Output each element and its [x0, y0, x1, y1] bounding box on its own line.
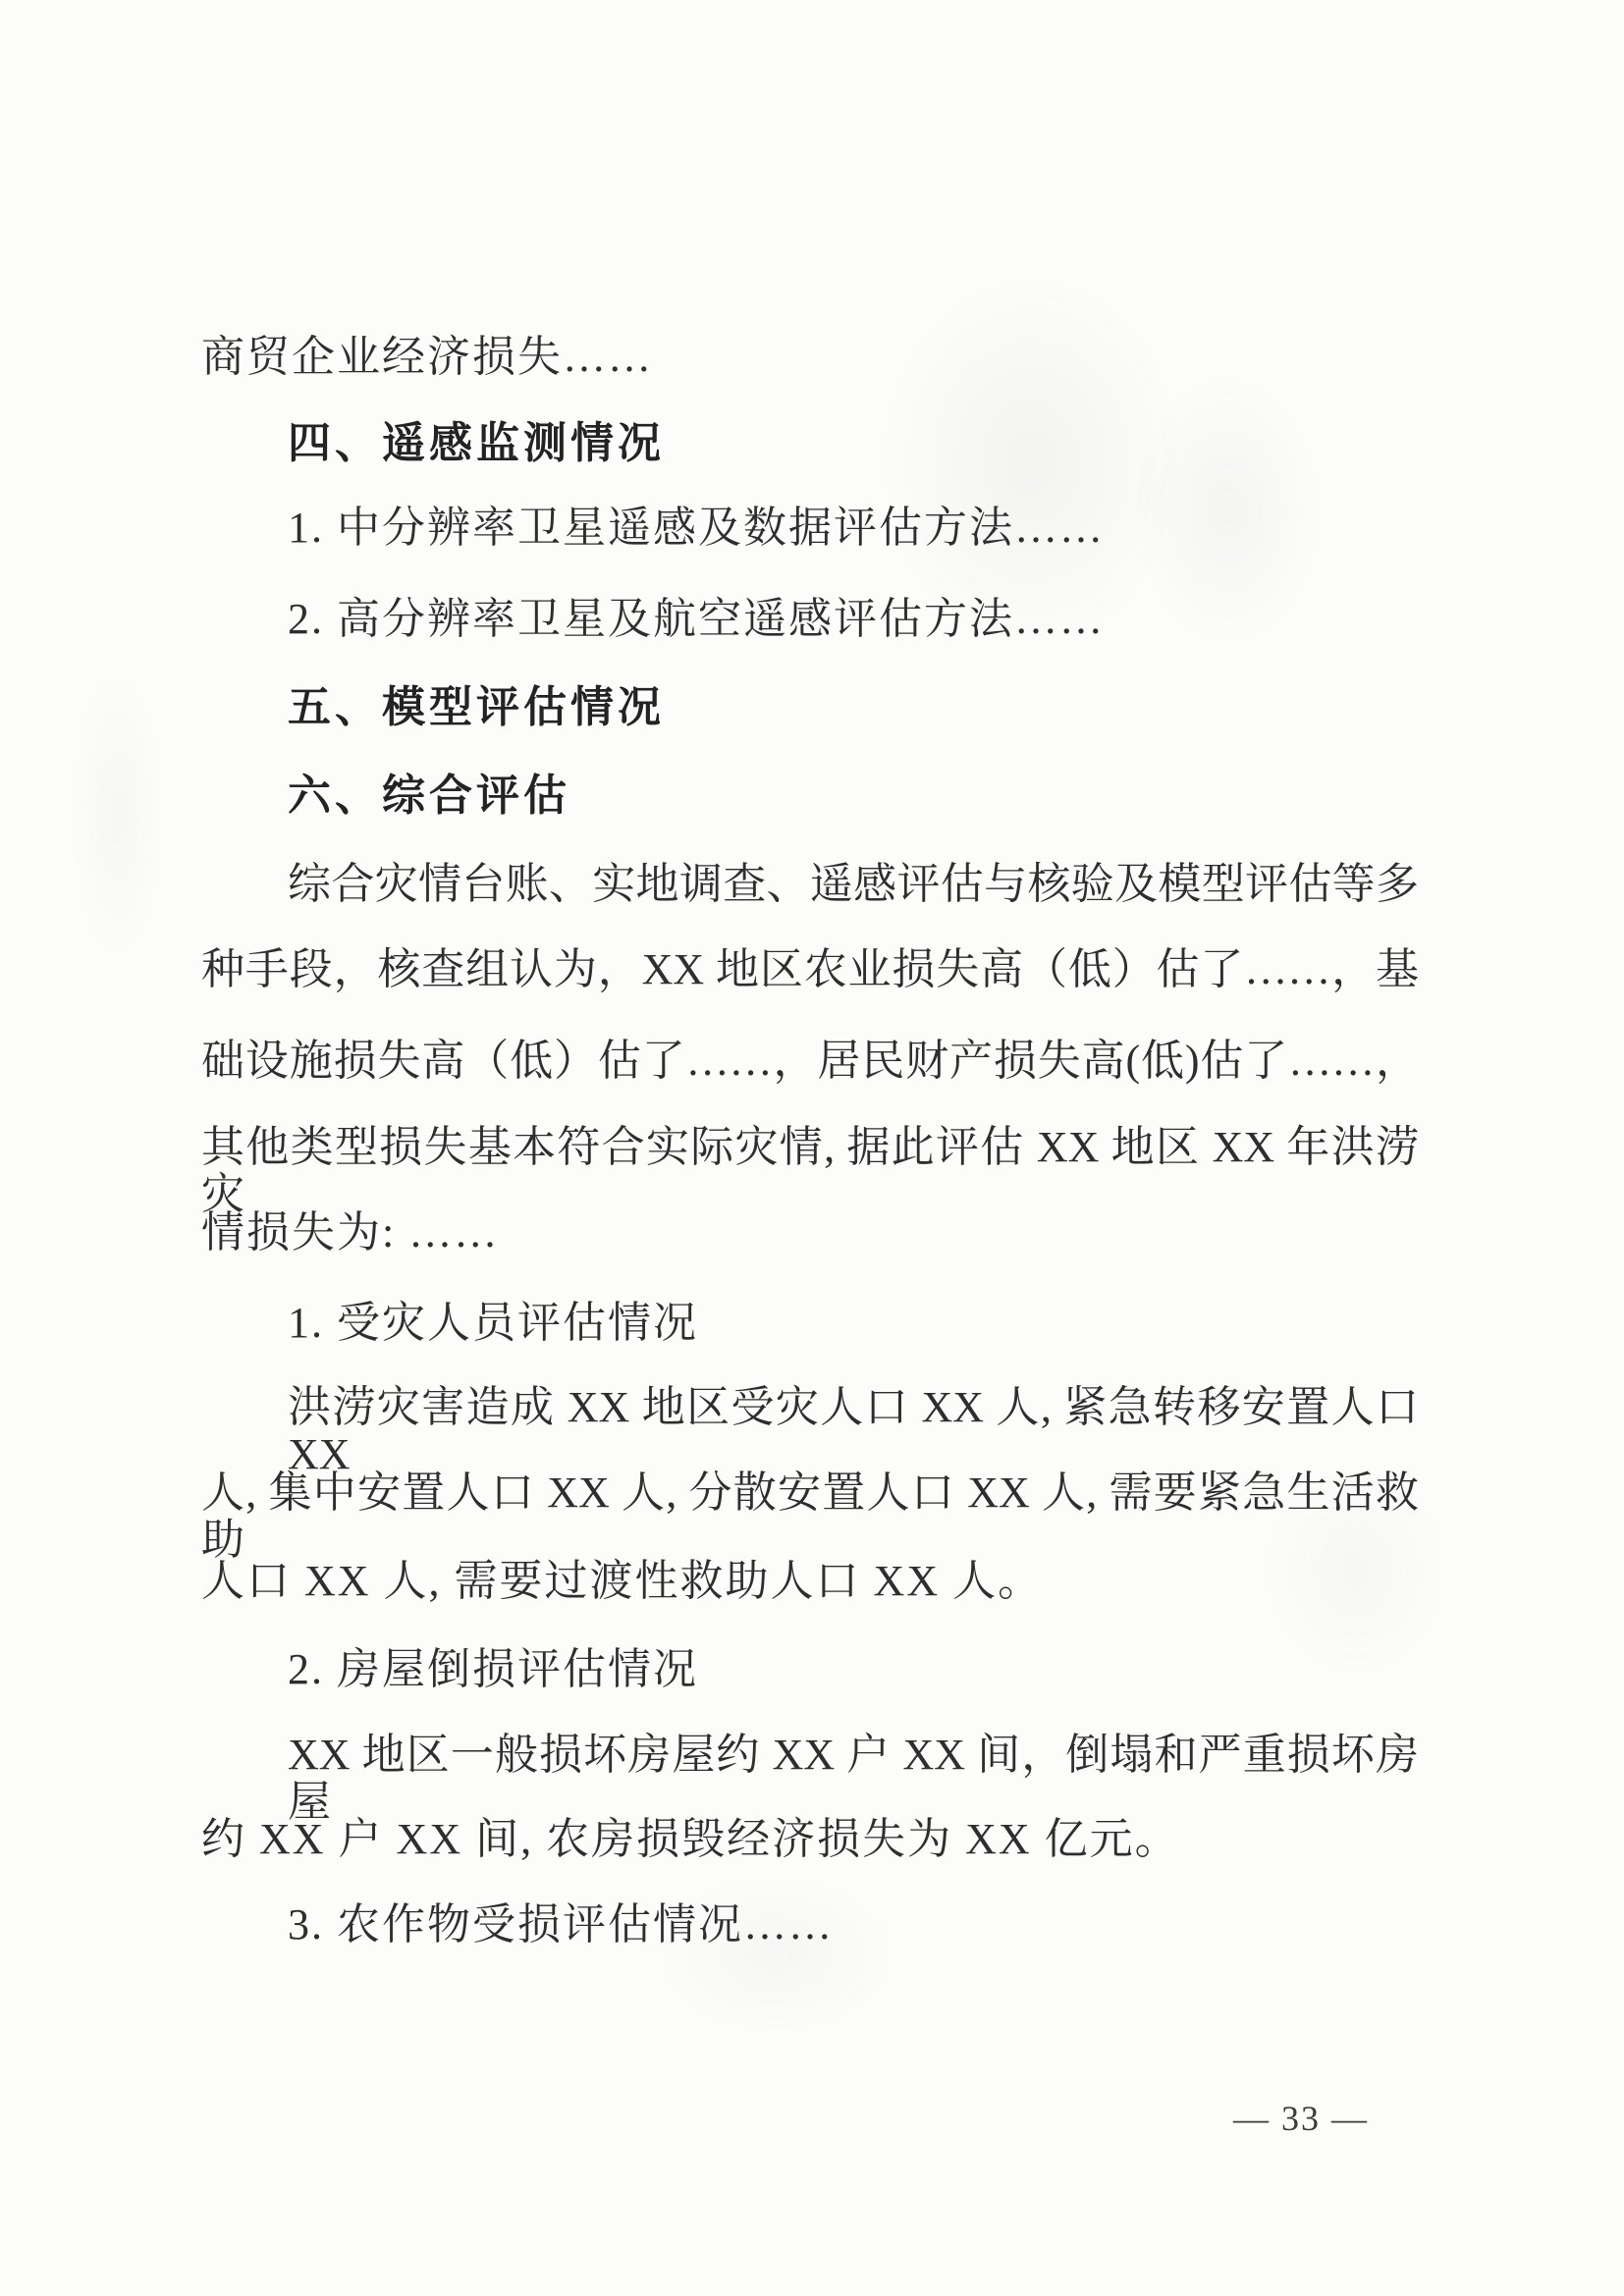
list-item: 1. 中分辨率卫星遥感及数据评估方法……: [288, 505, 1105, 552]
paragraph-line: 种手段，核查组认为，XX 地区农业损失高（低）估了……，基: [201, 946, 1419, 993]
paragraph-line: 其他类型损失基本符合实际灾情, 据此评估 XX 地区 XX 年洪涝灾: [201, 1124, 1419, 1218]
scanned-document-page: 商贸企业经济损失…… 四、遥感监测情况 1. 中分辨率卫星遥感及数据评估方法………: [0, 0, 1624, 2296]
page-number: — 33 —: [1213, 2099, 1389, 2138]
scan-noise: [1100, 324, 1355, 697]
paragraph-line: 情损失为: ……: [201, 1209, 499, 1256]
paragraph-line: 洪涝灾害造成 XX 地区受灾人口 XX 人, 紧急转移安置人口 XX: [288, 1384, 1419, 1478]
list-item: 2. 房屋倒损评估情况: [288, 1646, 698, 1693]
paragraph-line: 人口 XX 人, 需要过渡性救助人口 XX 人。: [201, 1558, 1043, 1605]
paragraph-line: 人, 集中安置人口 XX 人, 分散安置人口 XX 人, 需要紧急生活救助: [201, 1469, 1419, 1564]
section-heading-4: 四、遥感监测情况: [288, 420, 665, 467]
list-item: 1. 受灾人员评估情况: [288, 1300, 698, 1347]
scan-noise: [609, 1845, 943, 2061]
section-heading-6: 六、综合评估: [288, 773, 570, 820]
list-item: 2. 高分辨率卫星及航空遥感评估方法……: [288, 596, 1105, 643]
paragraph-line: 约 XX 户 XX 间, 农房损毁经济损失为 XX 亿元。: [201, 1816, 1180, 1863]
list-item: 3. 农作物受损评估情况……: [288, 1901, 834, 1949]
scan-noise: [59, 609, 177, 1021]
section-heading-5: 五、模型评估情况: [288, 684, 665, 731]
paragraph-line: XX 地区一般损坏房屋约 XX 户 XX 间，倒塌和严重损坏房屋: [288, 1732, 1419, 1826]
paragraph-line: 综合灾情台账、实地调查、遥感评估与核验及模型评估等多: [288, 861, 1419, 908]
paragraph-line: 商贸企业经济损失……: [201, 334, 653, 381]
paragraph-line: 础设施损失高（低）估了……，居民财产损失高(低)估了……，: [201, 1038, 1419, 1085]
